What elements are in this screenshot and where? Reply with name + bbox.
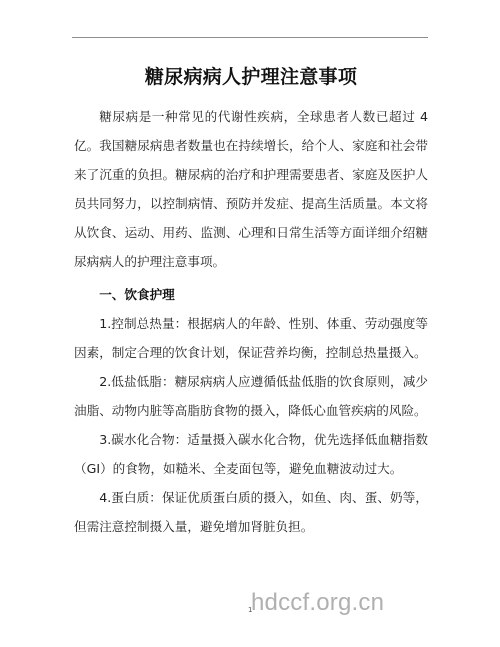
header-rule — [72, 37, 428, 38]
section-heading-diet: 一、饮食护理 — [74, 280, 428, 309]
diet-item-calories: 1.控制总热量：根据病人的年龄、性别、体重、劳动强度等因素，制定合理的饮食计划，… — [74, 309, 428, 367]
document-title: 糖尿病病人护理注意事项 — [74, 62, 428, 92]
intro-paragraph: 糖尿病是一种常见的代谢性疾病，全球患者人数已超过 4 亿。我国糖尿病患者数量也在… — [74, 102, 428, 276]
diet-item-carbohydrates: 3.碳水化合物：适量摄入碳水化合物，优先选择低血糖指数（GI）的食物，如糙米、全… — [74, 425, 428, 483]
diet-item-low-salt-fat: 2.低盐低脂：糖尿病病人应遵循低盐低脂的饮食原则，减少油脂、动物内脏等高脂肪食物… — [74, 367, 428, 425]
diet-item-protein: 4.蛋白质：保证优质蛋白质的摄入，如鱼、肉、蛋、奶等，但需注意控制摄入量，避免增… — [74, 483, 428, 541]
document-page: 糖尿病病人护理注意事项 糖尿病是一种常见的代谢性疾病，全球患者人数已超过 4 亿… — [74, 62, 428, 541]
watermark-text: hdccf.org.cn — [251, 589, 384, 617]
